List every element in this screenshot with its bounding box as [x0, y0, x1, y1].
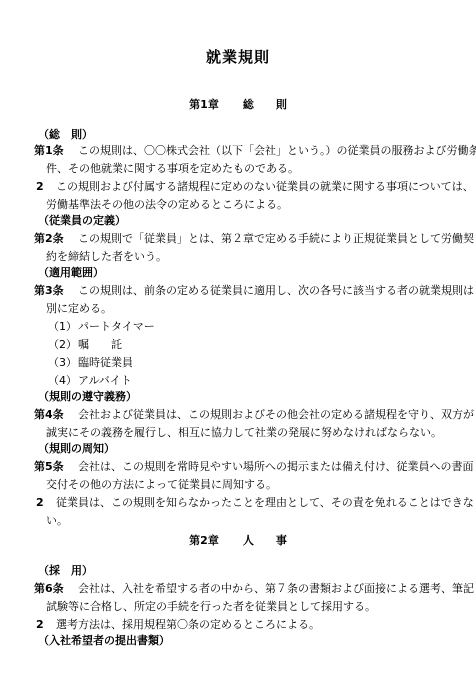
list-item: （4）アルバイト: [48, 374, 132, 388]
article-caption: （規則の周知）: [38, 442, 115, 456]
item-text: 臨時従業員: [78, 356, 133, 369]
chapter-heading: 第2章人 事: [0, 532, 476, 548]
document-title: 就業規則: [0, 46, 476, 67]
article-line: 第6条会社は、入社を希望する者の中から、第７条の書類および面接による選考、筆記: [34, 582, 474, 596]
item-number: （3）: [48, 356, 78, 370]
item-text: 嘱 託: [78, 338, 122, 351]
item-number: （1）: [48, 320, 78, 334]
list-item: （1）パートタイマー: [48, 320, 155, 334]
paragraph-number: 2: [36, 618, 56, 632]
article-line: 第5条会社は、この規則を常時見やすい場所への掲示または備え付け、従業員への書面: [34, 460, 474, 474]
article-text: この規則は、前条の定める従業員に適用し、次の各号に該当する者の就業規則は: [78, 284, 474, 297]
continuation-line: 件、その他就業に関する事項を定めたものである。: [46, 162, 299, 176]
article-number: 第5条: [34, 460, 78, 474]
paragraph-line: 2選考方法は、採用規程第〇条の定めるところによる。: [36, 618, 320, 632]
article-number: 第6条: [34, 582, 78, 596]
article-caption: （総 則）: [38, 128, 93, 142]
item-number: （4）: [48, 374, 78, 388]
chapter-name: 総 則: [243, 98, 287, 111]
article-line: 第3条この規則は、前条の定める従業員に適用し、次の各号に該当する者の就業規則は: [34, 284, 474, 298]
chapter-number: 第2章: [189, 534, 219, 547]
article-number: 第1条: [34, 144, 78, 158]
article-number: 第2条: [34, 232, 78, 246]
continuation-line: 約を締結した者をいう。: [46, 250, 167, 264]
article-text: この規則で「従業員」とは、第２章で定める手続により正規従業員として労働契: [78, 232, 474, 245]
chapter-number: 第1章: [189, 98, 219, 111]
item-text: パートタイマー: [78, 320, 155, 333]
paragraph-text: 従業員は、この規則を知らなかったことを理由として、その責を免れることはできな: [56, 496, 474, 509]
continuation-line: 交付その他の方法によって従業員に周知する。: [46, 478, 277, 492]
article-caption: （採 用）: [38, 564, 93, 578]
article-text: 会社は、入社を希望する者の中から、第７条の書類および面接による選考、筆記: [78, 582, 474, 595]
paragraph-number: 2: [36, 496, 56, 510]
list-item: （3）臨時従業員: [48, 356, 133, 370]
article-text: 会社および従業員は、この規則およびその他会社の定める諸規程を守り、双方が: [78, 408, 474, 421]
chapter-name: 人 事: [243, 534, 287, 547]
continuation-line: 誠実にその義務を履行し、相互に協力して社業の発展に努めなければならない。: [46, 426, 442, 440]
article-caption: （入社希望者の提出書類）: [38, 634, 170, 648]
article-number: 第4条: [34, 408, 78, 422]
paragraph-line: 2従業員は、この規則を知らなかったことを理由として、その責を免れることはできな: [36, 496, 474, 510]
continuation-line: 労働基準法その他の法令の定めるところによる。: [46, 198, 288, 212]
article-line: 第4条会社および従業員は、この規則およびその他会社の定める諸規程を守り、双方が: [34, 408, 474, 422]
article-caption: （適用範囲）: [38, 266, 104, 280]
article-text: 会社は、この規則を常時見やすい場所への掲示または備え付け、従業員への書面: [78, 460, 474, 473]
paragraph-text: この規則および付属する諸規程に定めのない従業員の就業に関する事項については、: [56, 180, 474, 193]
paragraph-line: 2この規則および付属する諸規程に定めのない従業員の就業に関する事項については、: [36, 180, 474, 194]
list-item: （2）嘱 託: [48, 338, 122, 352]
item-text: アルバイト: [78, 374, 132, 387]
article-caption: （従業員の定義）: [38, 214, 126, 228]
article-caption: （規則の遵守義務）: [38, 390, 137, 404]
continuation-line: 別に定める。: [46, 302, 112, 316]
paragraph-text: 選考方法は、採用規程第〇条の定めるところによる。: [56, 618, 320, 631]
article-text: この規則は、〇〇株式会社（以下「会社」という。）の従業員の服務および労働条: [78, 144, 476, 157]
continuation-line: い。: [46, 514, 68, 528]
item-number: （2）: [48, 338, 78, 352]
article-line: 第1条この規則は、〇〇株式会社（以下「会社」という。）の従業員の服務および労働条: [34, 144, 476, 158]
article-line: 第2条この規則で「従業員」とは、第２章で定める手続により正規従業員として労働契: [34, 232, 474, 246]
paragraph-number: 2: [36, 180, 56, 194]
chapter-heading: 第1章総 則: [0, 96, 476, 112]
continuation-line: 試験等に合格し、所定の手続を行った者を従業員として採用する。: [46, 600, 376, 614]
article-number: 第3条: [34, 284, 78, 298]
